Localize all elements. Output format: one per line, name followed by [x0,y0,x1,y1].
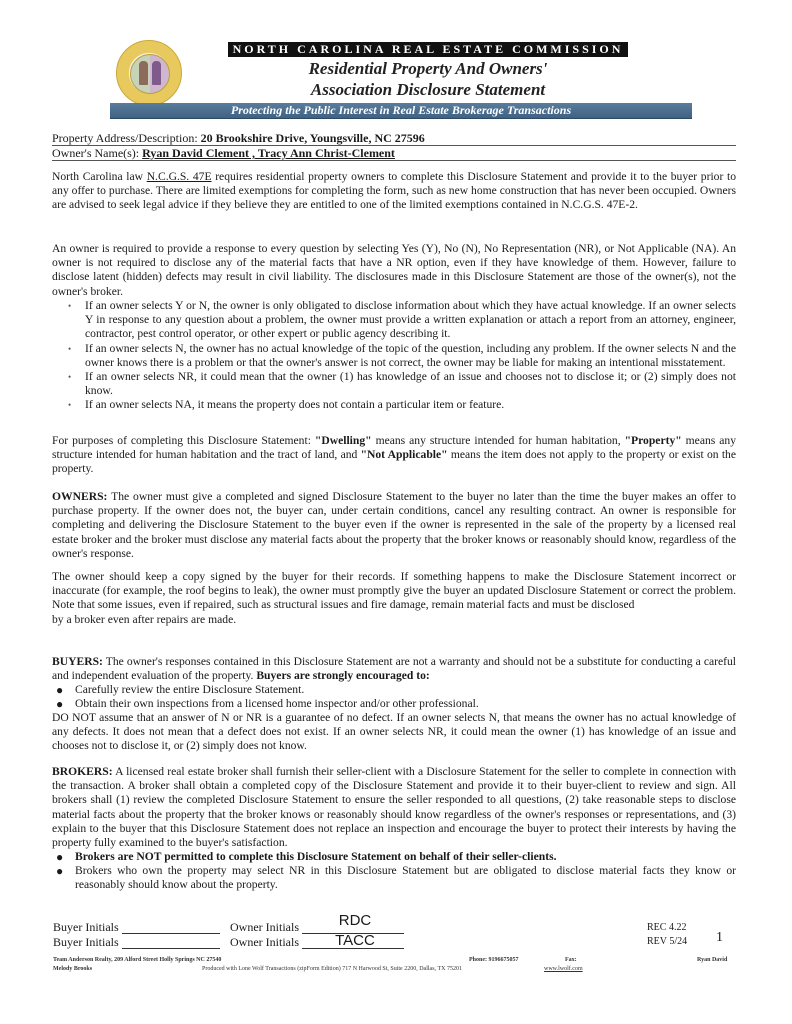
bullet-icon: ● [56,864,63,878]
rec-number: REC 4.22 [647,922,686,934]
buyers-emphasis: Buyers are strongly encouraged to: [256,669,429,682]
intro-paragraph-2: An owner is required to provide a respon… [52,242,736,299]
buyer-initials-2: Buyer Initials [53,935,220,949]
buyers-section: BUYERS: The owner's responses contained … [52,655,736,683]
owners-text: The owner must give a completed and sign… [52,490,736,560]
form-title-line2: Association Disclosure Statement [228,80,628,100]
owners-paragraph-2: The owner should keep a copy signed by t… [52,570,736,627]
list-item-text: If an owner selects NA, it means the pro… [85,398,504,411]
form-title-line1: Residential Property And Owners' [228,59,628,79]
list-item-text: Brokers are NOT permitted to complete th… [75,850,557,863]
rev-number: REV 5/24 [647,936,687,948]
term-property: "Property" [625,434,682,447]
definitions-paragraph: For purposes of completing this Disclosu… [52,434,736,477]
owners-row: Owner's Name(s): Ryan David Clement , Tr… [52,146,736,161]
term-not-applicable: "Not Applicable" [361,448,448,461]
footer-phone: Phone: 9196675057 [469,956,519,964]
bullet-icon: ● [56,683,63,697]
statute-link[interactable]: N.C.G.S. 47E [147,170,212,183]
list-item-text: Brokers who own the property may select … [75,864,736,891]
bullet-icon: • [68,398,71,412]
footer-company: Team Anderson Realty, 209 Alford Street … [53,956,221,964]
seal-center [130,54,170,94]
seal-figure-left [139,61,148,85]
property-address-label: Property Address/Description: [52,131,198,145]
owner-initials-label: Owner Initials [230,920,299,934]
intro-text: North Carolina law [52,170,147,183]
list-item-text: Obtain their own inspections from a lice… [75,697,479,710]
seal-figure-right [152,61,161,85]
list-item-text: If an owner selects NR, it could mean th… [85,370,736,397]
motto-banner: Protecting the Public Interest in Real E… [110,103,692,119]
owners-heading: OWNERS: [52,490,107,503]
list-item: •If an owner selects N, the owner has no… [52,342,736,370]
definition-text: means any structure intended for human h… [372,434,625,447]
buyers-heading: BUYERS: [52,655,103,668]
list-item: •If an owner selects Y or N, the owner i… [52,299,736,342]
brokers-heading: BROKERS: [52,765,113,778]
buyer-initials-field-1[interactable] [122,920,220,934]
buyer-initials-field-2[interactable] [122,935,220,949]
list-item: ●Obtain their own inspections from a lic… [52,697,736,711]
owners-label: Owner's Name(s): [52,146,139,160]
buyer-initials-1: Buyer Initials [53,920,220,934]
list-item-text: If an owner selects N, the owner has no … [85,342,736,369]
footer-produced: Produced with Lone Wolf Transactions (zi… [202,965,462,973]
owner-initials-value-2: TACC [305,932,405,949]
term-dwelling: "Dwelling" [315,434,372,447]
owners-text-2-tail: by a broker even after repairs are made. [52,613,736,627]
list-item: ●Brokers who own the property may select… [52,864,736,892]
brokers-text: A licensed real estate broker shall furn… [52,765,736,849]
owner-initials-value-1: RDC [305,912,405,929]
bullet-icon: ● [56,850,63,864]
bullet-icon: • [68,342,71,356]
list-item-text: Carefully review the entire Disclosure S… [75,683,304,696]
commission-name: NORTH CAROLINA REAL ESTATE COMMISSION [228,42,628,57]
brokers-section: BROKERS: A licensed real estate broker s… [52,765,736,850]
owners-section: OWNERS: The owner must give a completed … [52,490,736,561]
footer-agent: Melody Brooks [53,965,92,973]
buyers-list: ●Carefully review the entire Disclosure … [52,683,736,711]
list-item: ●Brokers are NOT permitted to complete t… [52,850,736,864]
list-item: •If an owner selects NR, it could mean t… [52,370,736,398]
list-item: •If an owner selects NA, it means the pr… [52,398,736,412]
buyers-paragraph-2: DO NOT assume that an answer of N or NR … [52,711,736,754]
property-address-value[interactable]: 20 Brookshire Drive, Youngsville, NC 275… [201,131,425,145]
footer-website-link[interactable]: www.lwolf.com [544,965,583,973]
owner-initials-label: Owner Initials [230,935,299,949]
brokers-list: ●Brokers are NOT permitted to complete t… [52,850,736,893]
list-item-text: If an owner selects Y or N, the owner is… [85,299,736,340]
footer-fax: Fax: [565,956,577,964]
owners-text-2: The owner should keep a copy signed by t… [52,570,736,613]
property-address-row: Property Address/Description: 20 Brooksh… [52,131,736,146]
buyer-initials-label: Buyer Initials [53,920,119,934]
footer-doc-name: Ryan David [697,956,727,964]
bullet-icon: ● [56,697,63,711]
response-options-list: •If an owner selects Y or N, the owner i… [52,299,736,413]
buyer-initials-label: Buyer Initials [53,935,119,949]
page-number: 1 [716,930,723,946]
nc-state-seal-icon [116,40,182,106]
definitions-text: For purposes of completing this Disclosu… [52,434,315,447]
owners-value[interactable]: Ryan David Clement , Tracy Ann Christ-Cl… [142,146,395,160]
bullet-icon: • [68,299,71,313]
intro-paragraph-1: North Carolina law N.C.G.S. 47E requires… [52,170,736,213]
bullet-icon: • [68,370,71,384]
list-item: ●Carefully review the entire Disclosure … [52,683,736,697]
